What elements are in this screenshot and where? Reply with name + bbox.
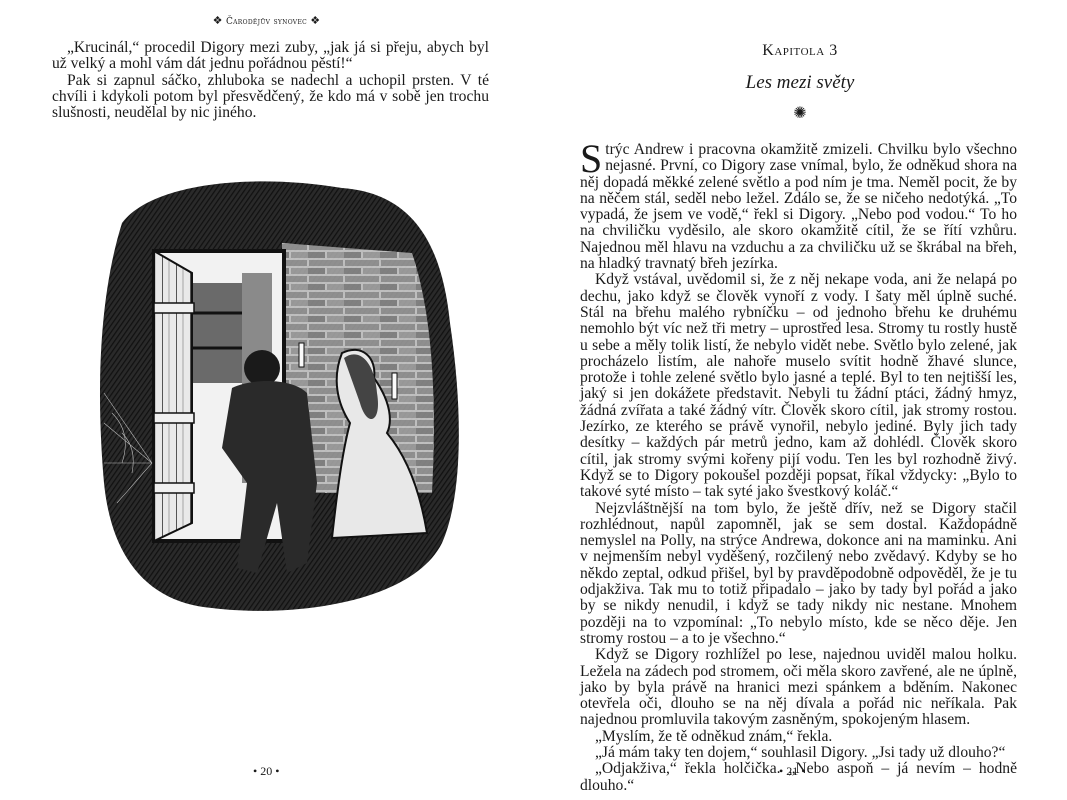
chapter-title: Les mezi světy — [533, 72, 1067, 94]
running-head-title: Čarodějův synovec — [226, 17, 307, 27]
first-paragraph: Strýc Andrew i pracovna okamžitě zmizeli… — [580, 142, 1017, 272]
paragraph: Když vstával, uvědomil si, že z něj neka… — [580, 272, 1017, 500]
first-paragraph-text: trýc Andrew i pracovna okamžitě zmizeli.… — [580, 141, 1017, 272]
illustration-doorway — [92, 163, 470, 629]
drop-cap: S — [580, 144, 602, 174]
right-page-body: Strýc Andrew i pracovna okamžitě zmizeli… — [580, 142, 1017, 794]
left-page-body: „Krucinál,“ procedil Digory mezi zuby, „… — [52, 40, 489, 121]
running-head: ❖ Čarodějův synovec ❖ — [0, 14, 533, 27]
paragraph: Když se Digory rozhlížel po lese, najedn… — [580, 647, 1017, 728]
paragraph: Nejzvláštnější na tom bylo, že ještě dří… — [580, 501, 1017, 648]
ornament-icon: ❖ — [310, 14, 320, 27]
page-number: • 21 • — [779, 764, 805, 779]
paragraph: „Já mám taky ten dojem,“ souhlasil Digor… — [580, 745, 1017, 761]
paragraph: Pak si zapnul sáčko, zhluboka se nadechl… — [52, 73, 489, 122]
ornament-icon: ❖ — [213, 14, 223, 27]
page-number: • 20 • — [253, 764, 279, 779]
paragraph: „Krucinál,“ procedil Digory mezi zuby, „… — [52, 40, 489, 73]
chapter-ornament-icon: ✺ — [533, 103, 1067, 122]
chapter-label: Kapitola 3 — [533, 42, 1067, 60]
paragraph: „Myslím, že tě odněkud znám,“ řekla. — [580, 729, 1017, 745]
